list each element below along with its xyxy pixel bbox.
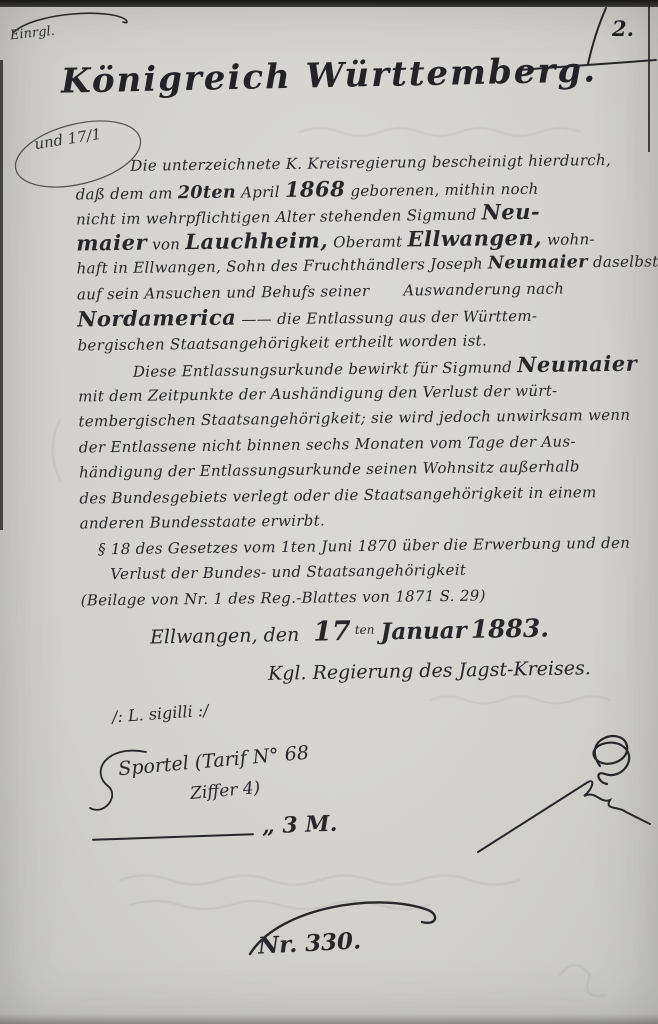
dateline-year: 1883. <box>470 614 549 644</box>
text-segment: anderen Bundesstaate erwirbt. <box>80 511 326 532</box>
text-segment: Die unterzeichnete K. Kreisregierung bes… <box>130 151 611 175</box>
fee-amount: „ 3 M. <box>262 811 338 840</box>
text-segment: 1868 <box>285 176 346 202</box>
text-segment: 20ten <box>178 182 237 203</box>
text-segment: die Entlassung aus der Württem- <box>277 307 537 328</box>
text-segment: Diese Entlassungsurkunde bewirkt für Sig… <box>133 358 518 381</box>
text-segment: geborenen, mithin noch <box>345 179 538 199</box>
folio-number: 2. <box>612 16 634 41</box>
text-segment: Auswanderung nach <box>403 279 564 299</box>
text-segment: Ellwangen, <box>407 224 542 251</box>
text-segment: Lauchheim, <box>185 227 328 254</box>
text-segment: des Bundesgebiets verlegt oder die Staat… <box>79 483 596 507</box>
dateline-month: Januar <box>380 617 467 646</box>
text-segment: daselbst, <box>588 252 658 271</box>
dateline-place: Ellwangen, den <box>150 624 300 649</box>
text-segment: wohn- <box>542 230 595 249</box>
text-segment: Nordamerica <box>77 305 236 332</box>
text-segment: Verlust der Bundes- und Staatsangehörigk… <box>110 561 466 583</box>
text-segment: —— <box>236 310 277 328</box>
text-segment: maier <box>76 229 147 255</box>
text-segment: daß dem am <box>76 184 178 203</box>
scanned-document-page: Einrgl. 2. Königreich Württemberg. und 1… <box>0 0 658 1024</box>
text-segment: tembergischen Staatsangehörigkeit; sie w… <box>78 406 630 431</box>
text-segment: Neu- <box>481 199 540 225</box>
text-segment: § 18 des Gesetzes vom 1ten Juni 1870 übe… <box>98 533 630 558</box>
document-body: Die unterzeichnete K. Kreisregierung bes… <box>75 147 649 613</box>
text-segment: (Beilage von Nr. 1 des Reg.-Blattes von … <box>81 586 486 609</box>
signature-scrawl <box>450 760 658 880</box>
document-number: Nr. 330. <box>257 927 361 959</box>
text-segment: April <box>236 182 285 201</box>
dateline-day-suffix: ten <box>355 623 375 637</box>
text-segment: Neumaier <box>488 252 588 273</box>
text-segment: von <box>147 235 185 253</box>
text-segment: Neumaier <box>517 351 637 377</box>
text-segment: der Entlassene nicht binnen sechs Monate… <box>79 432 576 456</box>
text-segment: bergischen Staatsangehörigkeit ertheilt … <box>77 331 487 354</box>
text-segment: mit dem Zeitpunkte der Aushändigung den … <box>78 381 557 405</box>
text-segment: händigung der Entlassungsurkunde seinen … <box>79 457 580 481</box>
text-segment: auf sein Ansuchen und Behufs seiner <box>77 281 370 303</box>
text-segment: haft in Ellwangen, Sohn des Fruchthändle… <box>77 254 489 277</box>
text-segment: Oberamt <box>328 232 408 251</box>
dateline-day: 17 <box>313 616 351 648</box>
